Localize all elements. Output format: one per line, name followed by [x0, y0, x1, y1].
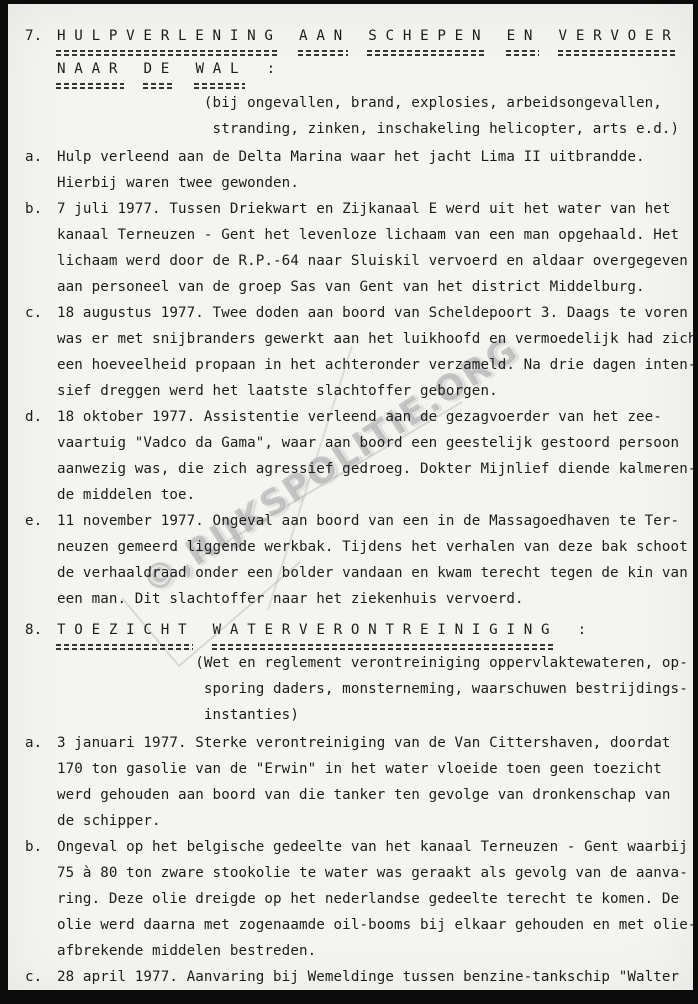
section-heading-line: 8.T O E Z I C H TW A T E R V E R O N T R…: [25, 617, 688, 643]
text-line: de verhaaldraad onder een bolder vandaan…: [57, 560, 688, 586]
section-items: a.3 januari 1977. Sterke verontreiniging…: [25, 730, 688, 990]
text-line: vaartuig "Vadco da Gama", waar aan boord…: [57, 430, 696, 456]
heading-segment: T O E Z I C H T: [57, 617, 187, 643]
section-number: 7.: [25, 23, 57, 49]
text-line: neuzen gemeerd liggende werkbak. Tijdens…: [57, 534, 688, 560]
text-line: was er met snijbranders gewerkt aan het …: [57, 326, 696, 352]
section-7: 7.H U L P V E R L E N I N GA A NS C H E …: [25, 23, 688, 612]
document-page: ©,RIJKSPOLITIE.ORG 7.H U L P V E R L E N…: [0, 0, 698, 1004]
item-label: d.: [25, 404, 57, 430]
item-label: c.: [25, 964, 57, 990]
list-item-a: a.3 januari 1977. Sterke verontreiniging…: [25, 730, 688, 834]
text-line: 75 à 80 ton zware stookolie te water was…: [57, 860, 696, 886]
scan-border-left: [0, 0, 8, 1004]
text-line: Hulp verleend aan de Delta Marina waar h…: [57, 144, 688, 170]
subtitle-line: (bij ongevallen, brand, explosies, arbei…: [57, 90, 688, 116]
section-heading-line: N A A RD EW A L:: [25, 56, 688, 82]
text-line: de schipper.: [57, 808, 688, 834]
item-lines: 7 juli 1977. Tussen Driekwart en Zijkana…: [57, 196, 688, 300]
scan-border-top: [0, 0, 698, 4]
item-lines: 3 januari 1977. Sterke verontreiniging v…: [57, 730, 688, 834]
text-line: 7 juli 1977. Tussen Driekwart en Zijkana…: [57, 196, 688, 222]
text-line: Ongeval op het belgische gedeelte van he…: [57, 834, 696, 860]
text-line: aanwezig was, die zich agressief gedroeg…: [57, 456, 696, 482]
text-line: kanaal Terneuzen - Gent het levenloze li…: [57, 222, 688, 248]
item-label: b.: [25, 834, 57, 860]
text-line: Hierbij waren twee gewonden.: [57, 170, 688, 196]
text-line: 3 januari 1977. Sterke verontreiniging v…: [57, 730, 688, 756]
subtitle-line: instanties): [57, 702, 688, 728]
heading-colon: :: [267, 56, 276, 82]
text-line: olie werd daarna met zogenaamde oil-boom…: [57, 912, 696, 938]
document-content: 7.H U L P V E R L E N I N GA A NS C H E …: [0, 0, 698, 990]
list-item-b: b.7 juli 1977. Tussen Driekwart en Zijka…: [25, 196, 688, 300]
item-label: e.: [25, 508, 57, 534]
text-line: afbrekende middelen bestreden.: [57, 938, 696, 964]
item-lines: 11 november 1977. Ongeval aan boord van …: [57, 508, 688, 612]
text-line: 18 augustus 1977. Twee doden aan boord v…: [57, 300, 696, 326]
subtitle-line: sporing daders, monsterneming, waarschuw…: [57, 676, 688, 702]
scan-border-bottom: [0, 990, 698, 1004]
heading-segment: W A T E R V E R O N T R E I N I G I N G: [213, 617, 550, 643]
text-line: 28 april 1977. Aanvaring bij Wemeldinge …: [57, 964, 688, 990]
text-line: 170 ton gasolie van de "Erwin" in het wa…: [57, 756, 688, 782]
text-line: een hoeveelheid propaan in het achterond…: [57, 352, 696, 378]
section-subtitle: (Wet en reglement verontreiniging opperv…: [57, 650, 688, 728]
list-item-a: a.Hulp verleend aan de Delta Marina waar…: [25, 144, 688, 196]
text-line: 11 november 1977. Ongeval aan boord van …: [57, 508, 688, 534]
item-lines: 18 oktober 1977. Assistentie verleend aa…: [57, 404, 696, 508]
item-label: a.: [25, 730, 57, 756]
section-heading-line: 7.H U L P V E R L E N I N GA A NS C H E …: [25, 23, 688, 49]
heading-segment: S C H E P E N: [368, 23, 480, 49]
text-line: de middelen toe.: [57, 482, 696, 508]
heading-segment: N A A R: [57, 56, 118, 82]
item-lines: 18 augustus 1977. Twee doden aan boord v…: [57, 300, 696, 404]
heading-segments: N A A RD EW A L:: [57, 56, 275, 82]
heading-segment: H U L P V E R L E N I N G: [57, 23, 273, 49]
text-line: 18 oktober 1977. Assistentie verleend aa…: [57, 404, 696, 430]
list-item-c: c.28 april 1977. Aanvaring bij Wemelding…: [25, 964, 688, 990]
heading-segments: T O E Z I C H TW A T E R V E R O N T R E…: [57, 617, 586, 643]
heading-segment: W A L: [195, 56, 238, 82]
section-items: a.Hulp verleend aan de Delta Marina waar…: [25, 144, 688, 612]
item-label: b.: [25, 196, 57, 222]
heading-segment: V E R V O E R: [559, 23, 671, 49]
item-lines: 28 april 1977. Aanvaring bij Wemeldinge …: [57, 964, 688, 990]
item-label: c.: [25, 300, 57, 326]
subtitle-line: (Wet en reglement verontreiniging opperv…: [57, 650, 688, 676]
list-item-d: d.18 oktober 1977. Assistentie verleend …: [25, 404, 688, 508]
text-line: lichaam werd door de R.P.-64 naar Sluisk…: [57, 248, 688, 274]
list-item-c: c.18 augustus 1977. Twee doden aan boord…: [25, 300, 688, 404]
heading-segment: D E: [144, 56, 170, 82]
item-lines: Hulp verleend aan de Delta Marina waar h…: [57, 144, 688, 196]
heading-segment: E N: [507, 23, 533, 49]
item-lines: Ongeval op het belgische gedeelte van he…: [57, 834, 696, 964]
text-line: een man. Dit slachtoffer naar het zieken…: [57, 586, 688, 612]
text-line: werd gehouden aan boord van die tanker t…: [57, 782, 688, 808]
subtitle-line: stranding, zinken, inschakeling helicopt…: [57, 116, 688, 142]
list-item-e: e.11 november 1977. Ongeval aan boord va…: [25, 508, 688, 612]
section-number: 8.: [25, 617, 57, 643]
item-label: a.: [25, 144, 57, 170]
section-8: 8.T O E Z I C H TW A T E R V E R O N T R…: [25, 617, 688, 990]
section-subtitle: (bij ongevallen, brand, explosies, arbei…: [57, 90, 688, 142]
text-line: sief dreggen werd het laatste slachtoffe…: [57, 378, 696, 404]
heading-segment: A A N: [299, 23, 342, 49]
heading-segments: H U L P V E R L E N I N GA A NS C H E P …: [57, 23, 671, 49]
scan-border-right: [693, 0, 698, 1004]
list-item-b: b.Ongeval op het belgische gedeelte van …: [25, 834, 688, 964]
text-line: ring. Deze olie dreigde op het nederland…: [57, 886, 696, 912]
text-line: aan personeel van de groep Sas van Gent …: [57, 274, 688, 300]
heading-colon: :: [578, 617, 587, 643]
